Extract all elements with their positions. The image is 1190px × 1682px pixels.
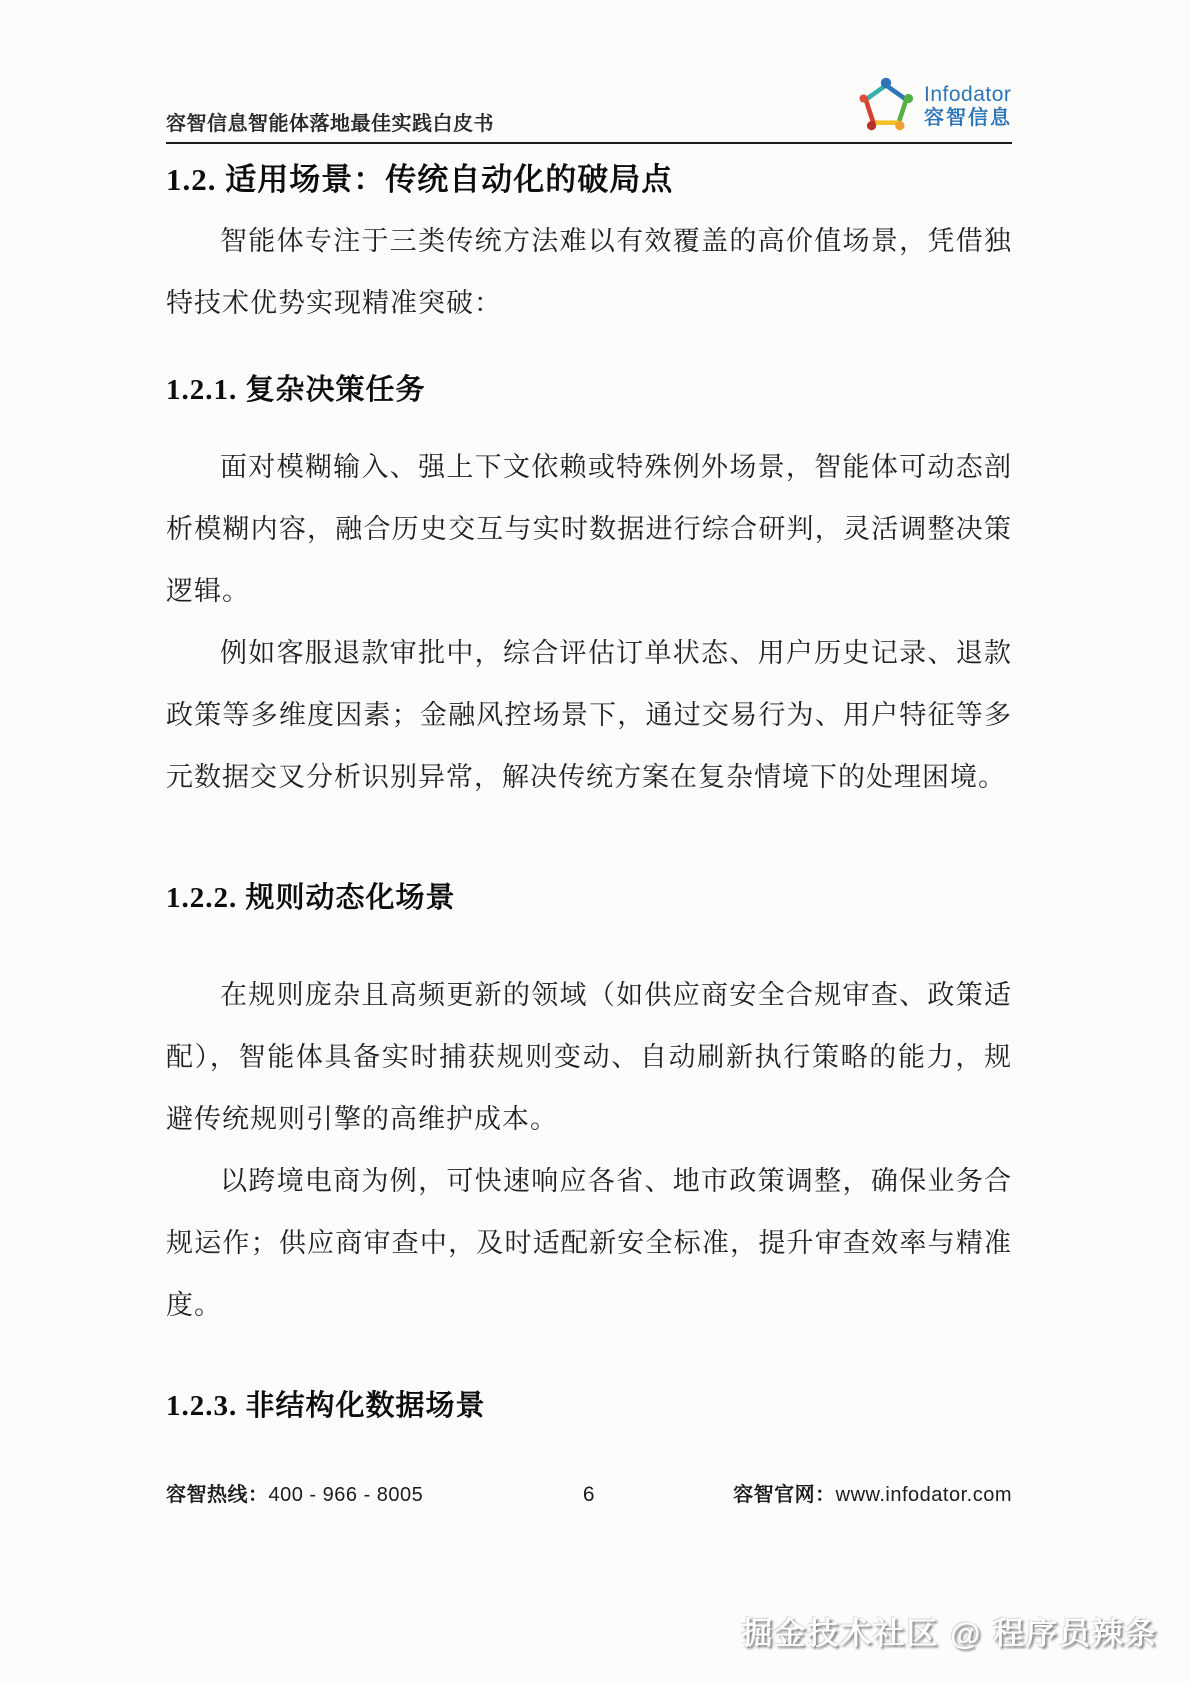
watermark-text: 掘金技术社区 @ 程序员辣条 — [742, 1608, 1158, 1653]
intro-paragraph: 智能体专注于三类传统方法难以有效覆盖的高价值场景，凭借独特技术优势实现精准突破： — [166, 210, 1012, 334]
paragraph: 面对模糊输入、强上下文依赖或特殊例外场景，智能体可动态剖析模糊内容，融合历史交互… — [166, 436, 1012, 622]
paragraph: 例如客服退款审批中，综合评估订单状态、用户历史记录、退款政策等多维度因素；金融风… — [166, 622, 1012, 808]
subsection-heading-dynamic-rules: 1.2.2. 规则动态化场景 — [166, 878, 1012, 918]
subsection-heading-unstructured-data: 1.2.3. 非结构化数据场景 — [166, 1386, 1012, 1426]
page-number: 6 — [583, 1483, 595, 1507]
page-header: 容智信息智能体落地最佳实践白皮书 Infoda — [166, 0, 1012, 144]
hotline-number: 400 - 966 - 8005 — [269, 1484, 424, 1506]
paragraph: 在规则庞杂且高频更新的领域（如供应商安全合规审查、政策适配），智能体具备实时捕获… — [166, 964, 1012, 1150]
brand-text: Infodator 容智信息 — [924, 83, 1012, 129]
footer-website: 容智官网：www.infodator.com — [595, 1478, 1012, 1507]
document-header-title: 容智信息智能体落地最佳实践白皮书 — [166, 107, 494, 142]
paragraph: 以跨境电商为例，可快速响应各省、地市政策调整，确保业务合规运作；供应商审查中，及… — [166, 1150, 1012, 1336]
infodator-pentagon-logo-icon — [857, 76, 915, 136]
brand-name-zh: 容智信息 — [924, 107, 1012, 129]
footer-hotline: 容智热线：400 - 966 - 8005 — [166, 1478, 583, 1507]
brand-name-en: Infodator — [924, 83, 1012, 107]
document-page: 容智信息智能体落地最佳实践白皮书 Infoda — [0, 0, 1190, 1682]
website-url: www.infodator.com — [836, 1484, 1012, 1506]
hotline-label: 容智热线： — [166, 1484, 269, 1506]
brand-logo: Infodator 容智信息 — [857, 76, 1012, 142]
subsection-heading-complex-decision: 1.2.1. 复杂决策任务 — [166, 370, 1012, 410]
website-label: 容智官网： — [733, 1484, 836, 1506]
page-footer: 容智热线：400 - 966 - 8005 6 容智官网：www.infodat… — [166, 1478, 1012, 1507]
section-title: 1.2. 适用场景：传统自动化的破局点 — [166, 158, 1012, 202]
